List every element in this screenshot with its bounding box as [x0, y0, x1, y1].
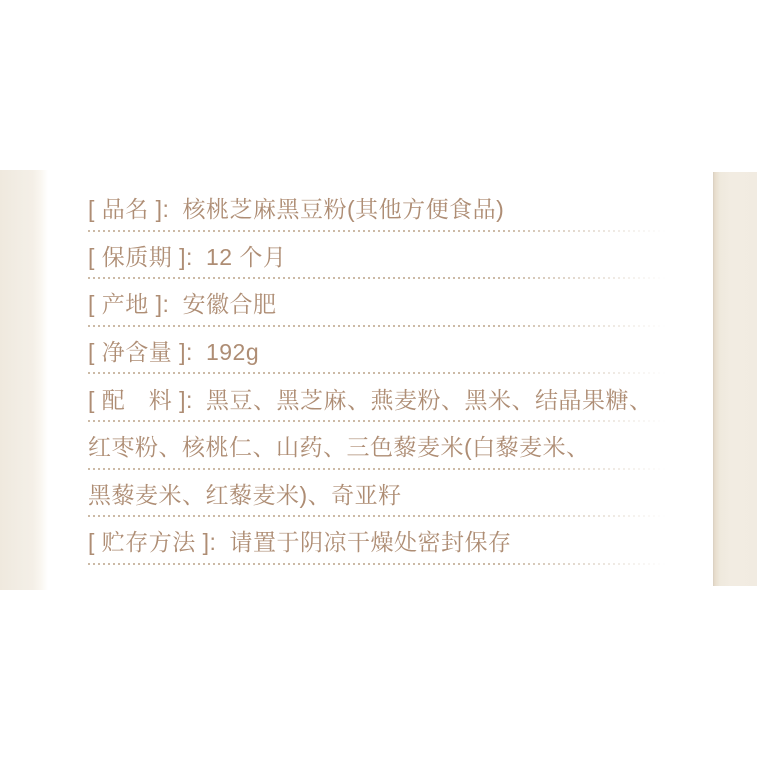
spec-line: [ 保质期 ]:12 个月: [88, 239, 286, 272]
spec-row-storage: [ 贮存方法 ]:请置于阴凉干燥处密封保存: [88, 517, 690, 565]
spec-line: 黑藜麦米、红藜麦米)、奇亚籽: [88, 477, 402, 510]
product-spec-list: [ 品名 ]:核桃芝麻黑豆粉(其他方便食品) [ 保质期 ]:12 个月 [ 产…: [88, 184, 690, 565]
spec-row-net-weight: [ 净含量 ]:192g: [88, 327, 690, 375]
spec-line: [ 品名 ]:核桃芝麻黑豆粉(其他方便食品): [88, 191, 504, 224]
spec-row-shelf-life: [ 保质期 ]:12 个月: [88, 232, 690, 280]
spec-row-ingredients: [ 配 料 ]:黑豆、黑芝麻、燕麦粉、黑米、结晶果糖、: [88, 374, 690, 422]
field-label: [ 配 料 ]:: [88, 387, 193, 413]
dotted-divider: [88, 563, 690, 565]
field-label: [ 产地 ]:: [88, 291, 169, 317]
product-detail-image: [ 品名 ]:核桃芝麻黑豆粉(其他方便食品) [ 保质期 ]:12 个月 [ 产…: [0, 0, 757, 757]
spec-line: [ 净含量 ]:192g: [88, 334, 259, 367]
page-edge-right: [713, 172, 757, 586]
spec-row-ingredients-cont: 红枣粉、核桃仁、山药、三色藜麦米(白藜麦米、: [88, 422, 690, 470]
field-value: 核桃芝麻黑豆粉(其他方便食品): [182, 196, 504, 222]
field-value: 黑豆、黑芝麻、燕麦粉、黑米、结晶果糖、: [206, 387, 653, 413]
field-value: 安徽合肥: [182, 291, 276, 317]
spec-row-origin: [ 产地 ]:安徽合肥: [88, 279, 690, 327]
spec-line: [ 配 料 ]:黑豆、黑芝麻、燕麦粉、黑米、结晶果糖、: [88, 382, 652, 415]
field-value: 192g: [206, 339, 259, 365]
field-value: 红枣粉、核桃仁、山药、三色藜麦米(白藜麦米、: [88, 434, 590, 460]
spec-line: [ 产地 ]:安徽合肥: [88, 286, 276, 319]
field-label: [ 净含量 ]:: [88, 339, 193, 365]
field-label: [ 保质期 ]:: [88, 244, 193, 270]
page-edge-left: [0, 170, 48, 590]
field-value: 请置于阴凉干燥处密封保存: [229, 529, 511, 555]
field-label: [ 贮存方法 ]:: [88, 529, 216, 555]
spec-row-ingredients-cont2: 黑藜麦米、红藜麦米)、奇亚籽: [88, 470, 690, 518]
spec-line: [ 贮存方法 ]:请置于阴凉干燥处密封保存: [88, 524, 511, 557]
field-label: [ 品名 ]:: [88, 196, 169, 222]
field-value: 黑藜麦米、红藜麦米)、奇亚籽: [88, 482, 402, 508]
spec-line: 红枣粉、核桃仁、山药、三色藜麦米(白藜麦米、: [88, 429, 590, 462]
spec-row-product-name: [ 品名 ]:核桃芝麻黑豆粉(其他方便食品): [88, 184, 690, 232]
field-value: 12 个月: [206, 244, 286, 270]
